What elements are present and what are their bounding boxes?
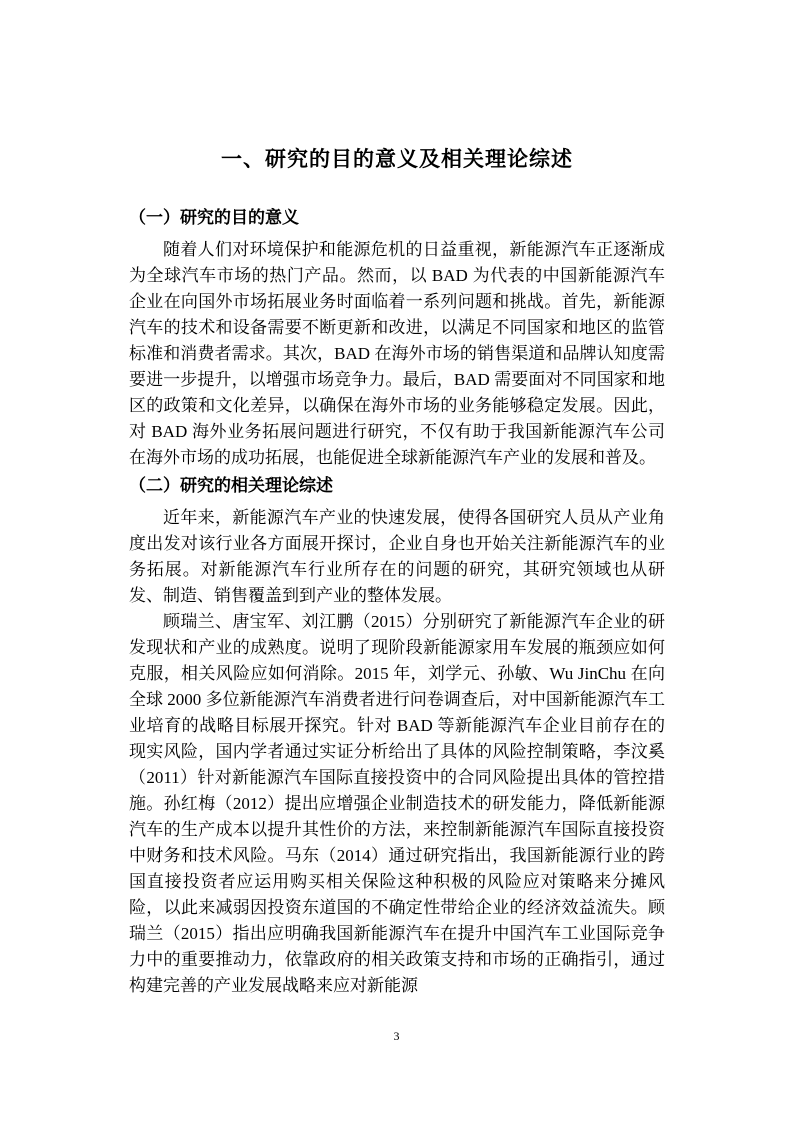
page-content: 一、研究的目的意义及相关理论综述 （一）研究的目的意义 随着人们对环境保护和能源… [129, 0, 665, 999]
paragraph-review-2: 顾瑞兰、唐宝军、刘江鹏（2015）分别研究了新能源汽车企业的研发现状和产业的成熟… [129, 609, 665, 999]
page-number: 3 [0, 1028, 793, 1044]
section-heading-purpose: （一）研究的目的意义 [129, 205, 665, 231]
section-heading-literature-review: （二）研究的相关理论综述 [129, 473, 665, 499]
section-literature-review: （二）研究的相关理论综述 近年来，新能源汽车产业的快速发展，使得各国研究人员从产… [129, 473, 665, 999]
chapter-title: 一、研究的目的意义及相关理论综述 [129, 145, 665, 175]
document-page: 一、研究的目的意义及相关理论综述 （一）研究的目的意义 随着人们对环境保护和能源… [0, 0, 793, 1122]
paragraph-purpose-1: 随着人们对环境保护和能源危机的日益重视，新能源汽车正逐渐成为全球汽车市场的热门产… [129, 237, 665, 471]
section-purpose: （一）研究的目的意义 随着人们对环境保护和能源危机的日益重视，新能源汽车正逐渐成… [129, 205, 665, 471]
paragraph-review-1: 近年来，新能源汽车产业的快速发展，使得各国研究人员从产业角度出发对该行业各方面展… [129, 505, 665, 609]
